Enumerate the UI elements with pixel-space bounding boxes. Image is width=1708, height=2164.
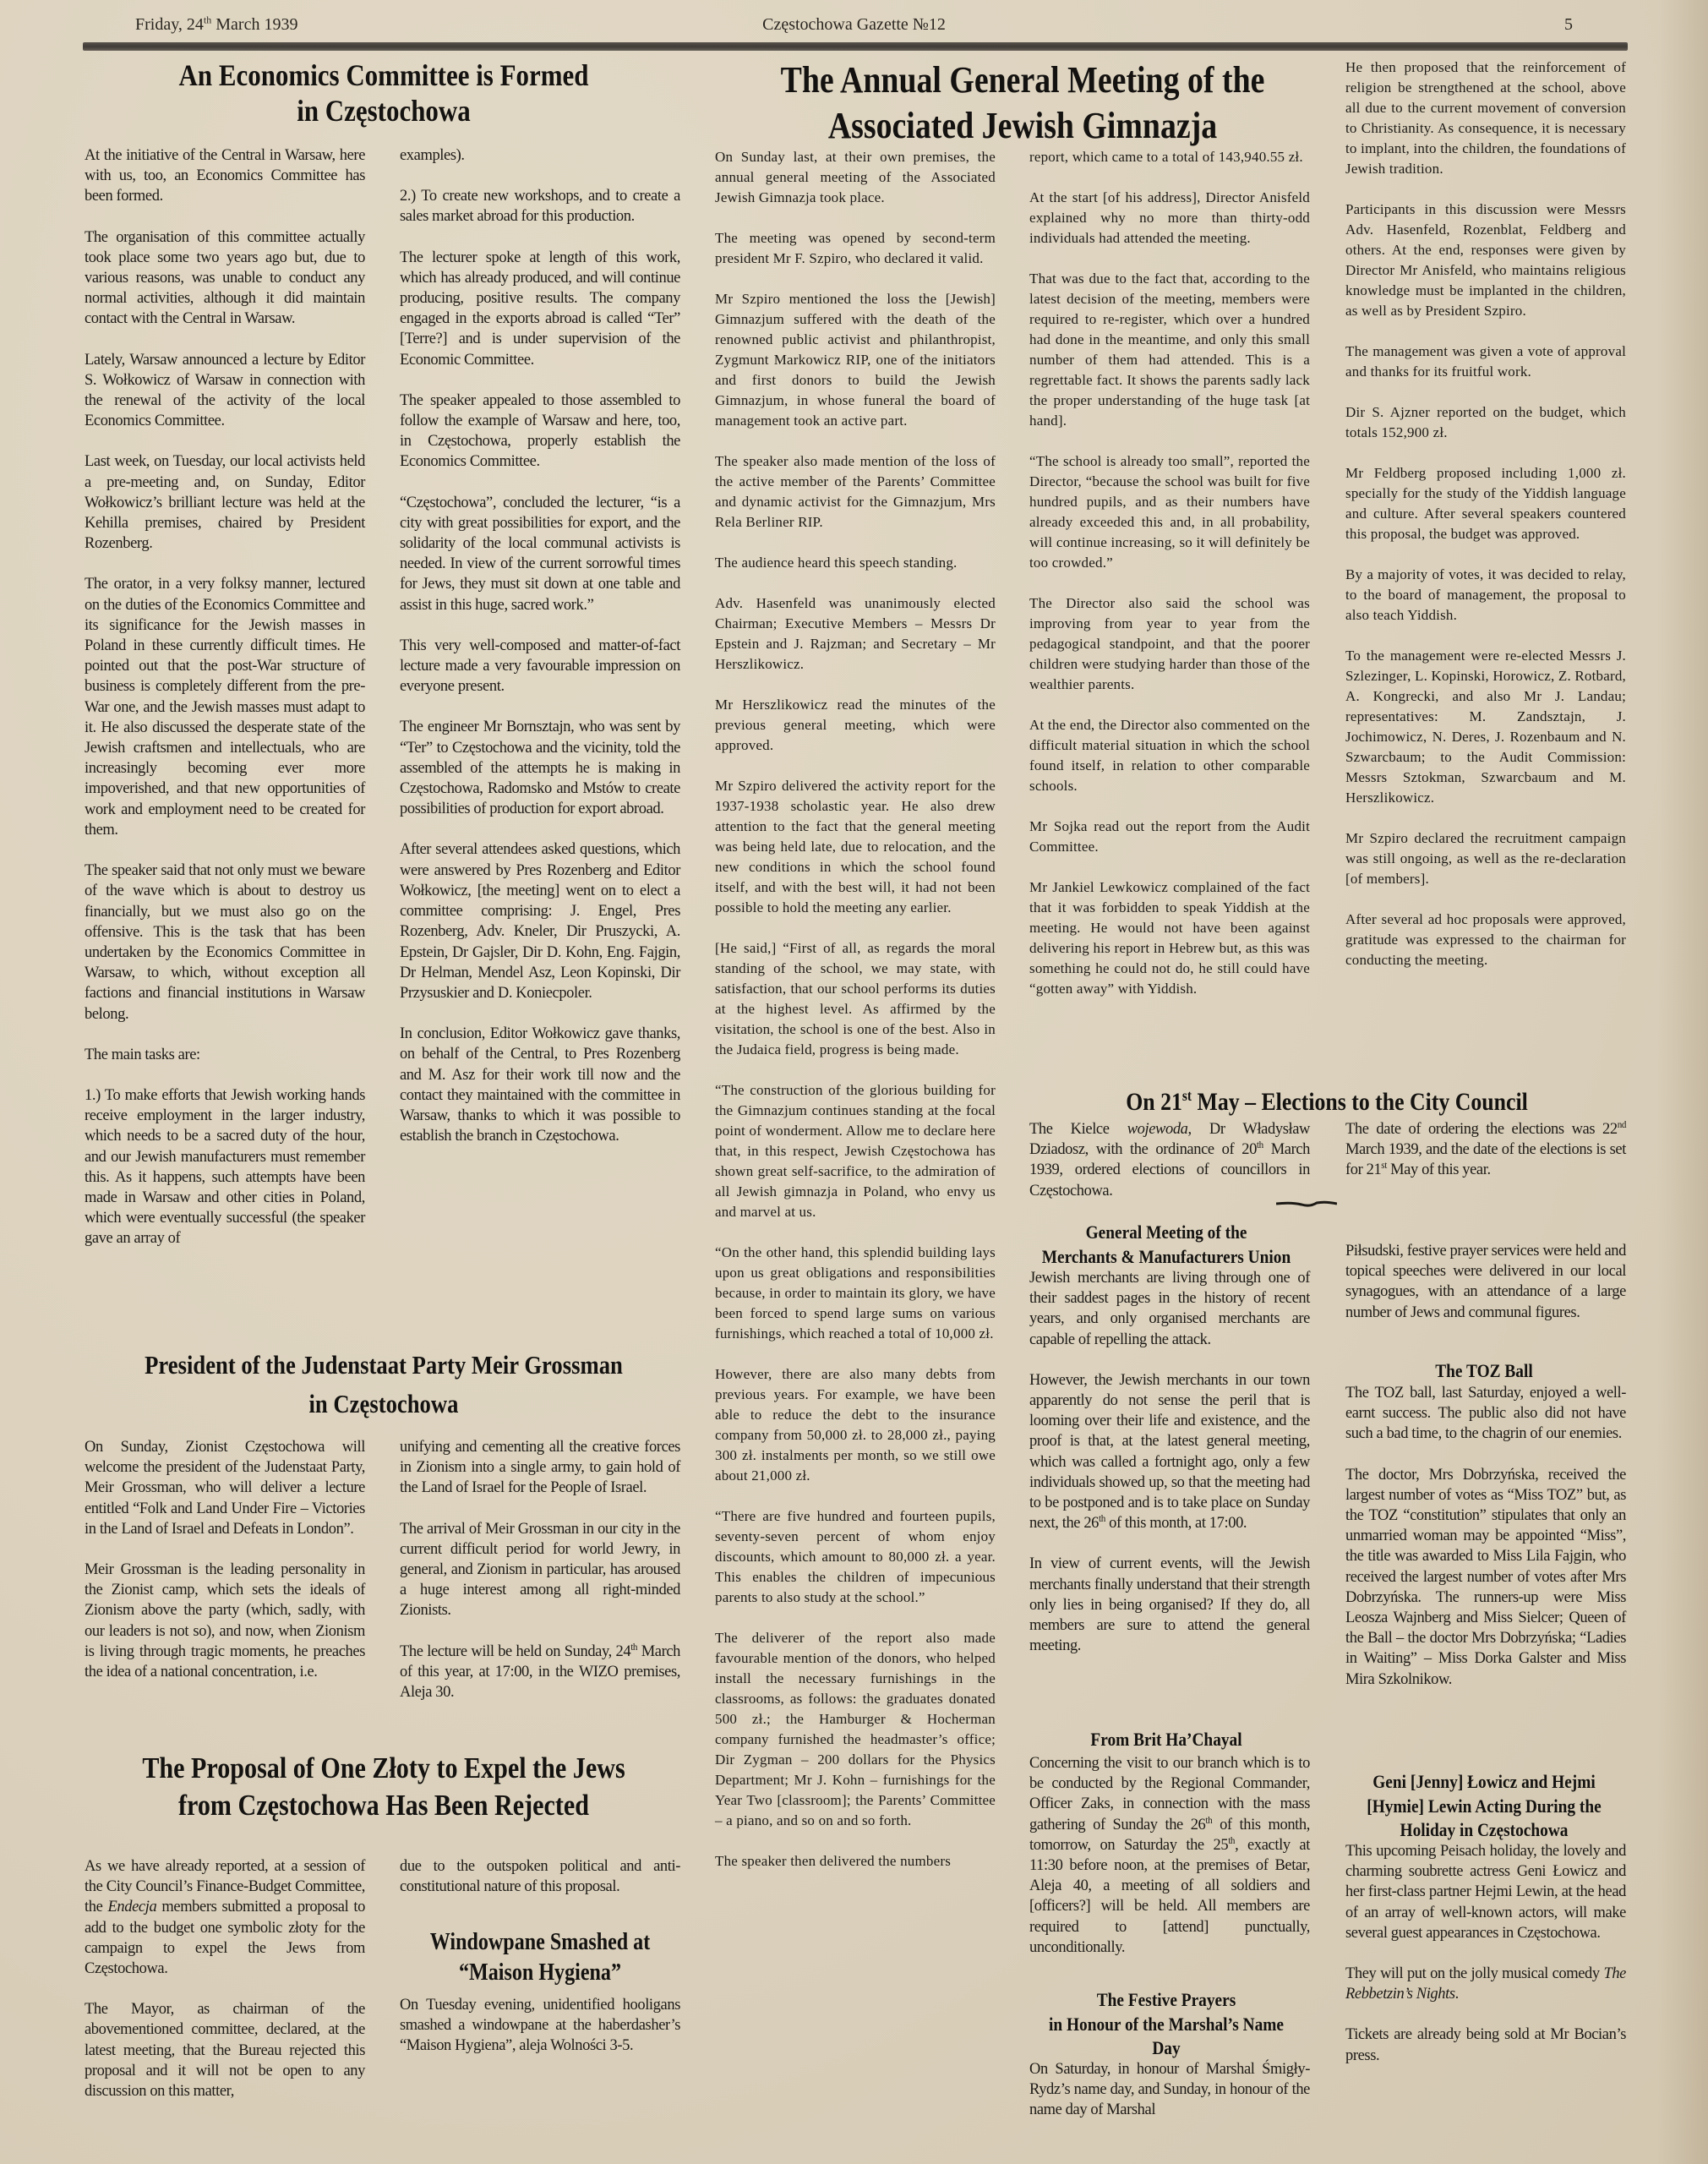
- grossman-column-2: unifying and cementing all the creative …: [400, 1437, 680, 1723]
- gimnazja-column-3: He then proposed that the reinforcement …: [1345, 57, 1626, 991]
- article-title-merchants: General Meeting of the Merchants & Manuf…: [1040, 1221, 1292, 1269]
- article-title-prayers: The Festive Prayers in Honour of the Mar…: [1040, 1988, 1292, 2061]
- article-title-lowicz: Geni [Jenny] Łowicz and Hejmi [Hymie] Le…: [1357, 1770, 1610, 1843]
- grossman-column-1: On Sunday, Zionist Częstochowa will welc…: [85, 1437, 365, 1702]
- publication-title: Częstochowa Gazette №12: [135, 15, 1573, 35]
- gimnazja-column-1: On Sunday last, at their own premises, t…: [715, 147, 996, 1892]
- zloty-column-1: As we have already reported, at a sessio…: [85, 1856, 365, 2122]
- article-title-gimnazja: The Annual General Meeting of the Associ…: [754, 57, 1291, 149]
- merchants-body: Jewish merchants are living through one …: [1029, 1268, 1310, 1676]
- header-rule-divider: [83, 42, 1628, 51]
- article-title-windowpane: Windowpane Smashed at “Maison Hygiena”: [414, 1927, 666, 1988]
- economics-column-2: examples). 2.) To create new workshops, …: [400, 145, 680, 1167]
- article-title-economics: An Economics Committee is Formed in Częs…: [123, 57, 644, 128]
- elections-column-1: The Kielce wojewoda, Dr Władysław Dziado…: [1029, 1119, 1310, 1221]
- newspaper-page: Friday, 24th March 1939 Częstochowa Gaze…: [0, 0, 1708, 2164]
- lowicz-body: This upcoming Peisach holiday, the lovel…: [1345, 1841, 1626, 2086]
- brit-body: Concerning the visit to our branch which…: [1029, 1753, 1310, 1978]
- elections-column-2: The date of ordering the elections was 2…: [1345, 1119, 1626, 1201]
- page-header: Friday, 24th March 1939 Częstochowa Gaze…: [135, 15, 1573, 41]
- gimnazja-column-2: report, which came to a total of 143,940…: [1029, 147, 1310, 1019]
- prayers-body-column-2: Piłsudski, festive prayer services were …: [1345, 1241, 1626, 1343]
- article-title-grossman: President of the Judenstaat Party Meir G…: [123, 1346, 644, 1424]
- toz-body: The TOZ ball, last Saturday, enjoyed a w…: [1345, 1383, 1626, 1710]
- article-title-elections: On 21st May – Elections to the City Coun…: [1068, 1087, 1585, 1118]
- article-title-brit: From Brit Ha’Chayal: [1040, 1728, 1292, 1752]
- section-flourish-ornament: [1276, 1200, 1337, 1207]
- article-title-zloty: The Proposal of One Złoty to Expel the J…: [123, 1750, 644, 1824]
- windowpane-body: On Tuesday evening, unidentified hooliga…: [400, 1995, 680, 2077]
- zloty-column-2: due to the outspoken political and anti-…: [400, 1856, 680, 1917]
- prayers-body-column-1: On Saturday, in honour of Marshal Śmigły…: [1029, 2059, 1310, 2141]
- page-edge-shadow: [1657, 0, 1708, 2164]
- economics-column-1: At the initiative of the Central in Wars…: [85, 145, 365, 1270]
- page-number: 5: [1564, 15, 1573, 35]
- article-title-toz: The TOZ Ball: [1357, 1359, 1610, 1384]
